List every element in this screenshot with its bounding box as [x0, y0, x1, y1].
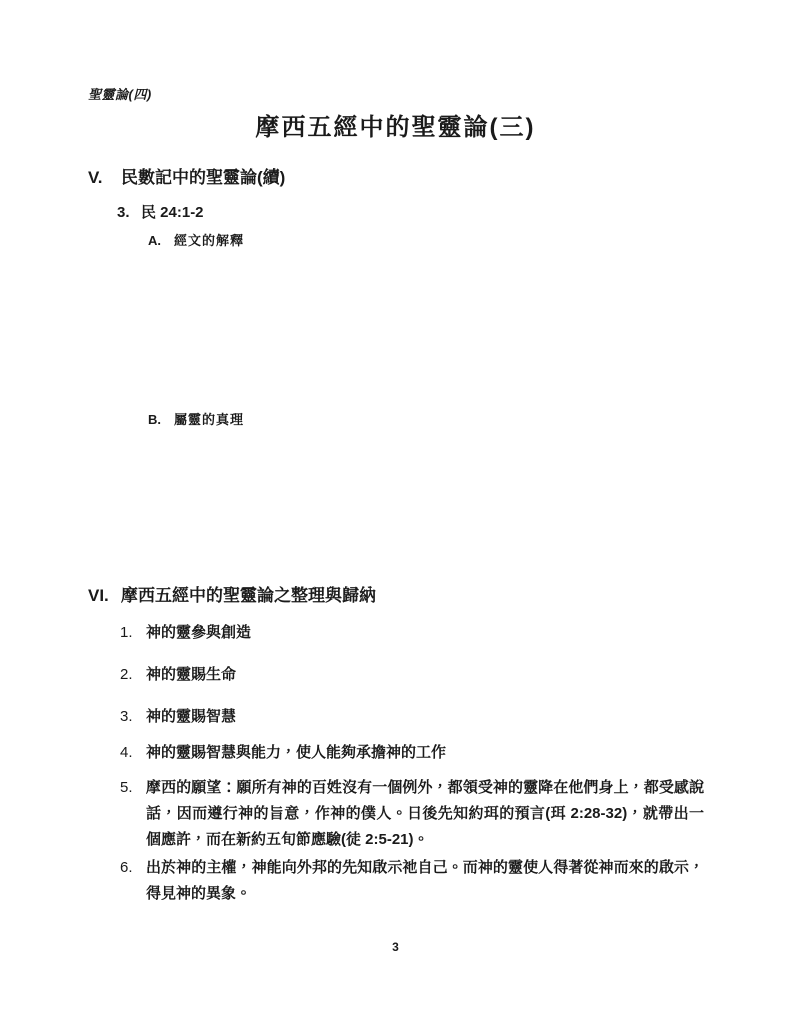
list-item: 5. 摩西的願望：願所有神的百姓沒有一個例外，都領受神的靈降在他們身上，都受感說… [0, 775, 791, 853]
section-v-numeral: V. [88, 168, 121, 188]
list-item-number: 4. [120, 745, 133, 761]
sub-item-letter: B. [148, 412, 174, 427]
item-number: 3. [117, 204, 141, 221]
section-vi-title: 摩西五經中的聖靈論之整理與歸納 [121, 586, 376, 605]
section-vi-numeral: VI. [88, 586, 121, 606]
list-item-text: 神的靈賜生命 [146, 662, 704, 688]
list-item-number: 6. [120, 860, 133, 876]
sub-item-letter: A. [148, 233, 174, 248]
page-number: 3 [0, 940, 791, 954]
page-title: 摩西五經中的聖靈論(三) [0, 107, 791, 142]
section-vi-heading: VI.摩西五經中的聖靈論之整理與歸納 [88, 581, 376, 606]
sub-item-a: A.經文的解釋 [148, 230, 244, 249]
section-v-heading: V.民數記中的聖靈論(續) [88, 163, 285, 188]
list-item-number: 3. [120, 709, 133, 725]
list-item-text: 摩西的願望：願所有神的百姓沒有一個例外，都領受神的靈降在他們身上，都受感說話，因… [146, 775, 704, 853]
section-v-title: 民數記中的聖靈論(續) [121, 168, 285, 187]
scripture-reference: 民 24:1-2 [141, 204, 204, 221]
list-item-number: 1. [120, 625, 133, 641]
list-item: 4. 神的靈賜智慧與能力，使人能夠承擔神的工作 [0, 740, 791, 766]
list-item-number: 2. [120, 667, 133, 683]
list-item-text: 神的靈賜智慧與能力，使人能夠承擔神的工作 [146, 740, 704, 766]
list-item: 3. 神的靈賜智慧 [0, 704, 791, 730]
list-item: 1. 神的靈參與創造 [0, 620, 791, 646]
sub-item-b: B.屬靈的真理 [148, 409, 244, 428]
sub-item-text: 屬靈的真理 [174, 412, 244, 427]
list-item-text: 神的靈賜智慧 [146, 704, 704, 730]
list-item-number: 5. [120, 780, 133, 796]
list-item: 2. 神的靈賜生命 [0, 662, 791, 688]
list-item-text: 出於神的主權，神能向外邦的先知啟示祂自己。而神的靈使人得著從神而來的啟示，得見神… [146, 855, 704, 907]
document-page: 聖靈論(四) 摩西五經中的聖靈論(三) V.民數記中的聖靈論(續) 3.民 24… [0, 0, 791, 1024]
sub-item-text: 經文的解釋 [174, 233, 244, 248]
running-header: 聖靈論(四) [88, 84, 152, 103]
section-v-item-3: 3.民 24:1-2 [117, 201, 204, 222]
list-item: 6. 出於神的主權，神能向外邦的先知啟示祂自己。而神的靈使人得著從神而來的啟示，… [0, 855, 791, 907]
list-item-text: 神的靈參與創造 [146, 620, 704, 646]
